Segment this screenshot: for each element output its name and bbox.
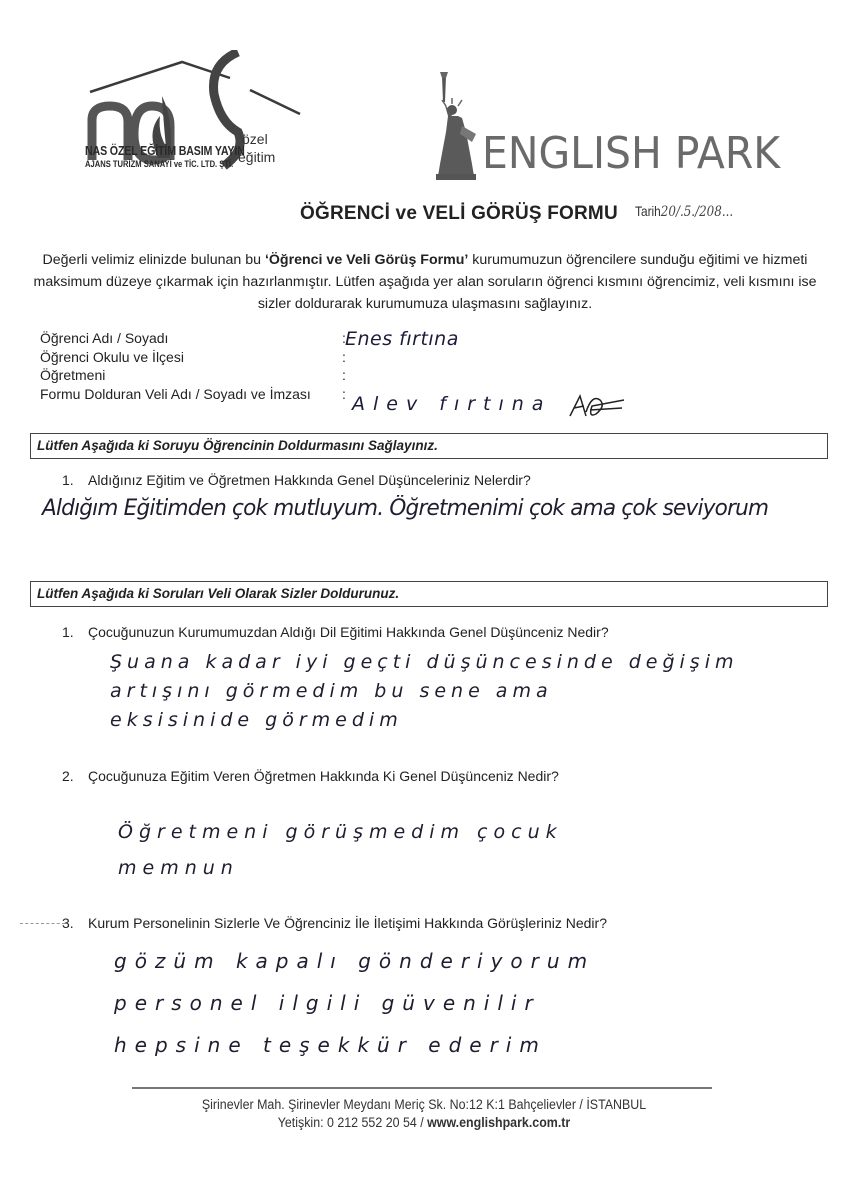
question-text: Kurum Personelinin Sizlerle Ve Öğrencini… <box>88 915 607 931</box>
answer-line: Şuana kadar iyi geçti düşüncesinde değiş… <box>110 648 738 677</box>
footer-website: www.englishpark.com.tr <box>427 1115 570 1130</box>
footer-contact: Yetişkin: 0 212 552 20 54 / www.englishp… <box>34 1115 814 1130</box>
question-text: Çocuğunuza Eğitim Veren Öğretmen Hakkınd… <box>88 768 559 784</box>
answer-line: eksisinide görmedim <box>110 706 738 735</box>
parent-name-handwritten: Alev fırtına <box>352 393 551 415</box>
signature-scribble <box>566 392 626 420</box>
field-student-name: Öğrenci Adı / Soyadı : <box>40 330 352 349</box>
parent-answer-2: Öğretmeni görüşmedim çocuk memnun <box>118 814 563 886</box>
answer-line: personel ilgili güvenilir <box>114 982 595 1024</box>
intro-text: Değerli velimiz elinizde bulunan bu <box>43 252 265 268</box>
field-label: Öğrenci Adı / Soyadı <box>40 330 342 349</box>
question-text: Aldığınız Eğitim ve Öğretmen Hakkında Ge… <box>88 472 531 488</box>
question-number: 2. <box>62 768 88 784</box>
field-label: Formu Dolduran Veli Adı / Soyadı ve İmza… <box>40 386 342 405</box>
field-teacher: Öğretmeni : <box>40 367 352 386</box>
field-parent-name-signature: Formu Dolduran Veli Adı / Soyadı ve İmza… <box>40 386 352 405</box>
field-student-school: Öğrenci Okulu ve İlçesi : <box>40 349 352 368</box>
date-label: Tarih <box>635 203 661 219</box>
field-label: Öğrenci Okulu ve İlçesi <box>40 349 342 368</box>
answer-line: gözüm kapalı gönderiyorum <box>114 940 595 982</box>
footer-address: Şirinevler Mah. Şirinevler Meydanı Meriç… <box>34 1097 814 1112</box>
parent-question-1: 1.Çocuğunuzun Kurumumuzdan Aldığı Dil Eğ… <box>62 624 609 640</box>
field-label: Öğretmeni <box>40 367 342 386</box>
form-title: ÖĞRENCİ ve VELİ GÖRÜŞ FORMU <box>300 203 618 225</box>
answer-line: memnun <box>118 850 563 886</box>
parent-section-heading: Lütfen Aşağıda ki Soruları Veli Olarak S… <box>30 581 828 607</box>
date-value: 20/.5./208... <box>661 204 733 220</box>
question-number: 1. <box>62 624 88 640</box>
english-park-wordmark: ENGLISH PARK <box>482 128 780 179</box>
footer-phone: Yetişkin: 0 212 552 20 54 <box>278 1115 417 1130</box>
intro-form-name: ‘Öğrenci ve Veli Görüş Formu’ <box>265 252 468 268</box>
svg-text:özel: özel <box>242 131 268 147</box>
question-number: 1. <box>62 472 88 488</box>
nas-company-name: NAS ÖZEL EĞİTİM BASIM YAYIN <box>85 143 245 158</box>
parent-question-2: 2.Çocuğunuza Eğitim Veren Öğretmen Hakkı… <box>62 768 559 784</box>
scan-artifact-line <box>20 923 65 924</box>
question-text: Çocuğunuzun Kurumumuzdan Aldığı Dil Eğit… <box>88 624 609 640</box>
student-question-1: 1.Aldığınız Eğitim ve Öğretmen Hakkında … <box>62 472 531 488</box>
answer-line: artışını görmedim bu sene ama <box>110 677 738 706</box>
info-fields: Öğrenci Adı / Soyadı : Öğrenci Okulu ve … <box>40 330 352 404</box>
student-name-handwritten: Enes fırtına <box>345 328 459 350</box>
answer-line: Öğretmeni görüşmedim çocuk <box>118 814 563 850</box>
date-field: Tarih20/.5./208... <box>635 203 733 220</box>
parent-answer-3: gözüm kapalı gönderiyorum personel ilgil… <box>114 940 595 1066</box>
student-answer-1: Aldığım Eğitimden çok mutluyum. Öğretmen… <box>42 496 768 521</box>
parent-answer-1: Şuana kadar iyi geçti düşüncesinde değiş… <box>110 648 738 735</box>
student-section-heading: Lütfen Aşağıda ki Soruyu Öğrencinin Dold… <box>30 433 828 459</box>
parent-question-3: 3.Kurum Personelinin Sizlerle Ve Öğrenci… <box>62 915 607 931</box>
nas-company-subtitle: AJANS TURİZM SANAYİ ve TİC. LTD. ŞTİ. <box>85 159 233 170</box>
answer-line: hepsine teşekkür ederim <box>114 1024 595 1066</box>
intro-paragraph: Değerli velimiz elinizde bulunan bu ‘Öğr… <box>30 249 820 315</box>
question-number: 3. <box>62 915 88 931</box>
statue-of-liberty-icon <box>432 72 482 182</box>
footer-divider <box>132 1087 712 1089</box>
